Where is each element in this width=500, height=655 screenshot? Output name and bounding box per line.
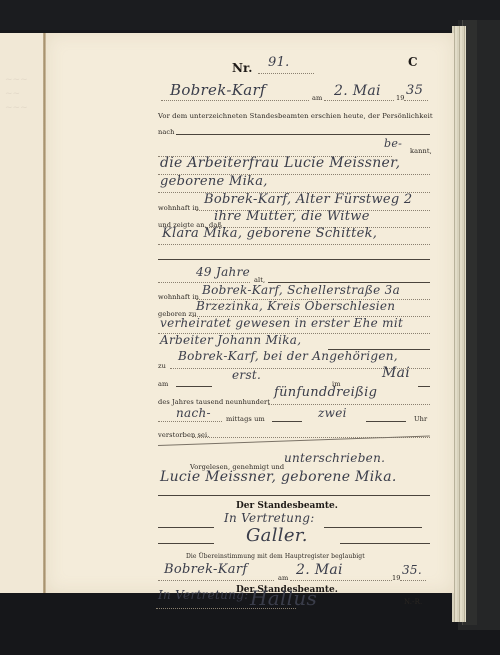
cert-year-line bbox=[400, 580, 426, 581]
bleed-through-text: ~~~~~~~~ bbox=[5, 73, 41, 115]
footer-mark: N.-R. bbox=[404, 598, 422, 606]
deceased-dotline2 bbox=[158, 244, 430, 245]
official1-rule2-left bbox=[158, 543, 214, 544]
nach-line bbox=[176, 134, 430, 135]
official-in-vertretung-1: In Vertretung: bbox=[224, 511, 315, 525]
day-rule-left bbox=[176, 386, 212, 387]
death-place: Bobrek-Karf, bei der Angehörigen, bbox=[178, 349, 398, 363]
certification-text: Die Übereinstimmung mit dem Hauptregiste… bbox=[186, 553, 365, 560]
zu-label: zu bbox=[158, 362, 166, 370]
declarant-signature: Lucie Meissner, geborene Mika. bbox=[160, 469, 397, 485]
death-hour: zwei bbox=[318, 406, 347, 420]
year-words-line bbox=[268, 404, 430, 405]
wohnhaft-label-2: wohnhaft in bbox=[158, 293, 199, 301]
am-label: am bbox=[312, 94, 322, 102]
official-signature-1: Galler. bbox=[246, 525, 308, 546]
official-in-vertretung-2: In Vertretung: bbox=[158, 588, 249, 602]
official1-rule-left bbox=[158, 527, 214, 528]
scanner-background-top bbox=[0, 0, 500, 30]
official1-rule2-right bbox=[340, 543, 430, 544]
number-label: Nr. bbox=[232, 61, 252, 75]
known-label: kannt, bbox=[410, 147, 432, 155]
left-page-fragment: ~~~~~~~~ bbox=[0, 33, 45, 593]
cert-year-suffix: 35. bbox=[402, 563, 422, 577]
place-line bbox=[161, 100, 309, 101]
header-date: 2. Mai bbox=[334, 83, 381, 99]
cert-am-label: am bbox=[278, 574, 288, 582]
corner-letter: C bbox=[408, 55, 418, 69]
death-day: erst. bbox=[232, 368, 261, 382]
deceased-residence: Bobrek-Karf, Schellerstraße 3a bbox=[202, 283, 400, 297]
unterschrieben: unterschrieben. bbox=[284, 451, 385, 465]
date-line bbox=[324, 100, 394, 101]
am-label-2: am bbox=[158, 380, 168, 388]
time-prefix-line bbox=[158, 421, 222, 422]
official-signature-2: Hallus bbox=[250, 586, 317, 610]
separator-rule bbox=[158, 259, 430, 260]
cert-place: Bobrek-Karf bbox=[164, 562, 247, 577]
bleed-through-text bbox=[50, 43, 130, 73]
birthplace-line3: Arbeiter Johann Mika, bbox=[160, 333, 301, 347]
declarant-line2: geborene Mika, bbox=[160, 174, 268, 189]
deceased-line1: ihre Mutter, die Witwe bbox=[214, 209, 370, 224]
cert-place-line bbox=[158, 580, 274, 581]
page-stack-edge bbox=[452, 26, 466, 622]
month-rule-right bbox=[418, 386, 430, 387]
death-year-words: fünfunddreißig bbox=[274, 385, 377, 400]
number-value: 91. bbox=[268, 55, 290, 70]
year-suffix: 35 bbox=[406, 83, 423, 98]
wohnhaft-label: wohnhaft in bbox=[158, 204, 199, 212]
death-month: Mai bbox=[382, 365, 410, 381]
official1-rule-right bbox=[324, 527, 422, 528]
declarant-residence: Bobrek-Karf, Alter Fürstweg 2 bbox=[204, 192, 413, 207]
header-place: Bobrek-Karf bbox=[170, 81, 266, 99]
intro-text: Vor dem unterzeichneten Standesbeamten e… bbox=[158, 112, 433, 120]
birthplace-line2: verheiratet gewesen in erster Ehe mit bbox=[160, 316, 403, 330]
uhr-label: Uhr bbox=[414, 415, 427, 423]
jahres-label: des Jahres tausend neunhundert bbox=[158, 398, 270, 406]
official-title-1: Der Standesbeamte. bbox=[236, 501, 338, 511]
cert-date: 2. Mai bbox=[296, 562, 343, 578]
number-line bbox=[258, 73, 314, 74]
nach-label: nach bbox=[158, 128, 175, 136]
year-line bbox=[404, 100, 428, 101]
time-prefix: nach- bbox=[176, 406, 211, 420]
register-page: C Nr. 91. Bobrek-Karf am 2. Mai 19 35 Vo… bbox=[46, 33, 454, 593]
declarant-line1: die Arbeiterfrau Lucie Meissner, bbox=[160, 155, 400, 171]
cert-date-line bbox=[290, 580, 392, 581]
hour-rule-left bbox=[272, 421, 302, 422]
hour-rule-right bbox=[366, 421, 406, 422]
birthplace-line1: Brzezinka, Kreis Oberschlesien bbox=[196, 299, 395, 313]
age: 49 Jahre bbox=[196, 265, 250, 279]
deceased-line2: Klara Mika, geborene Schittek, bbox=[162, 226, 377, 241]
signature-rule bbox=[158, 495, 430, 496]
mittags-label: mittags um bbox=[226, 415, 265, 423]
known-handwritten: be- bbox=[384, 137, 402, 150]
